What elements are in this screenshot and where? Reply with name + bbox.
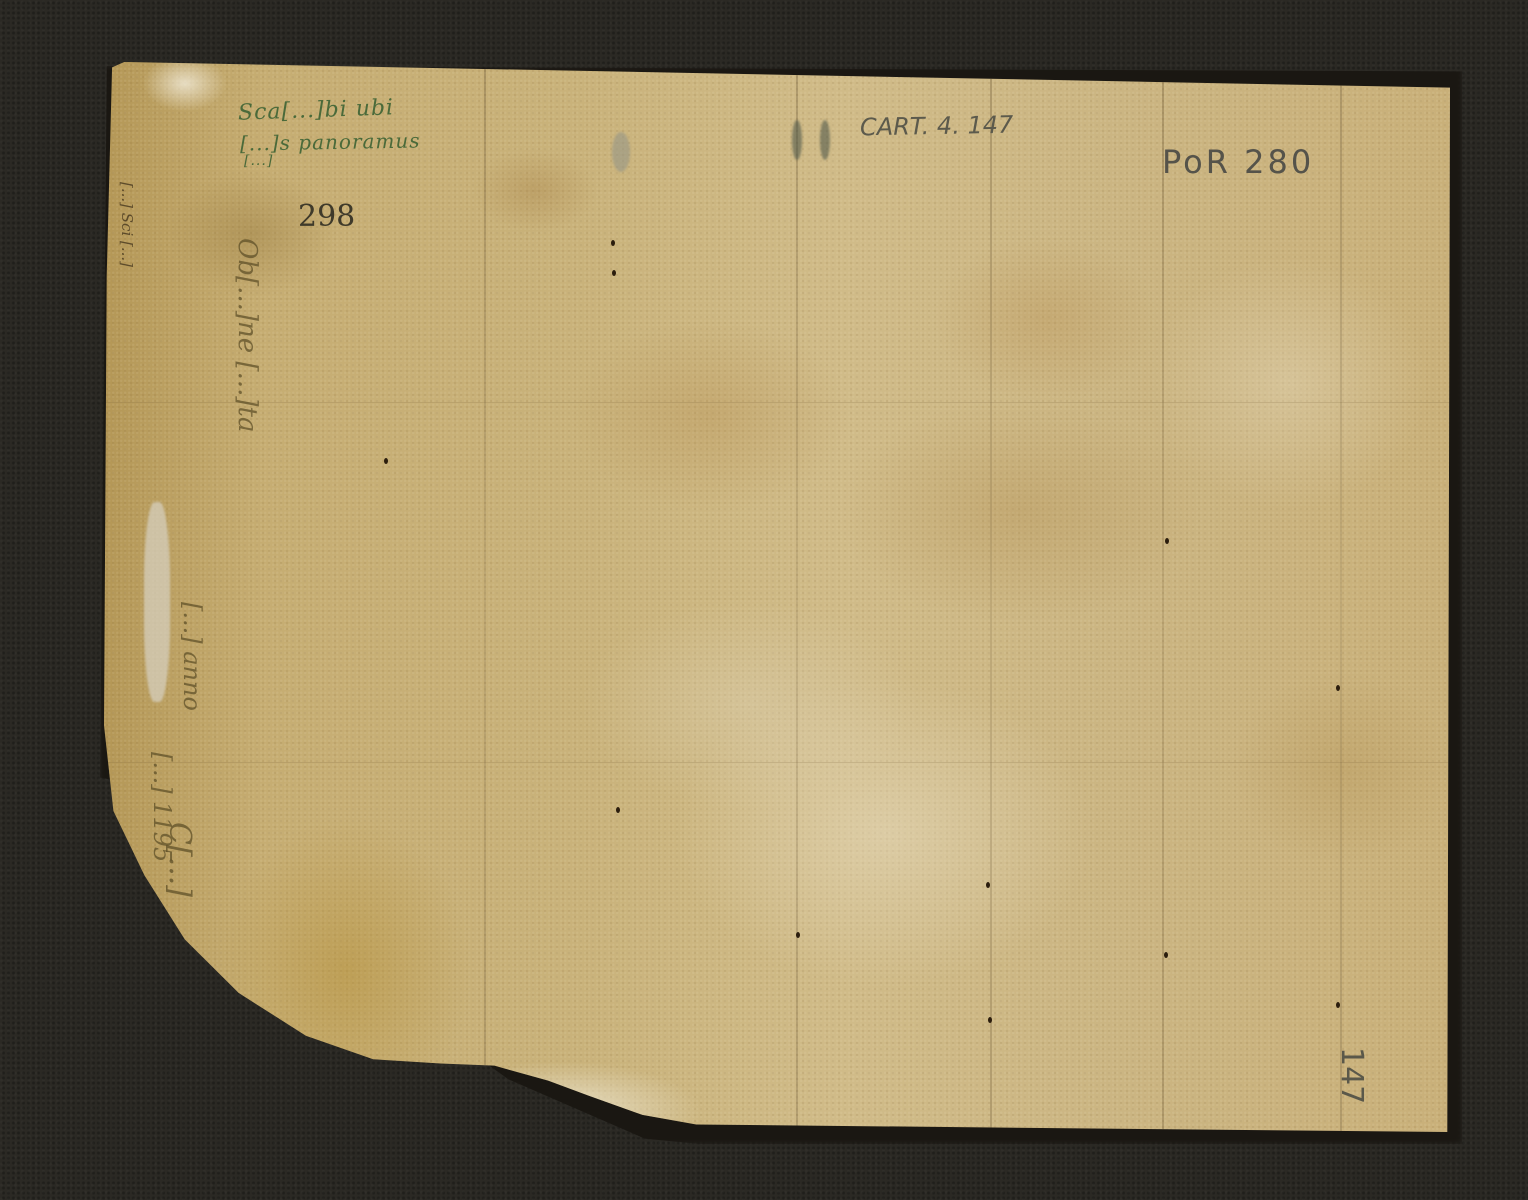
- repair-patch: [144, 502, 170, 702]
- pinhole: [986, 882, 990, 888]
- ink-smudge: [820, 120, 830, 160]
- pinhole: [1336, 685, 1340, 691]
- pinhole: [1165, 538, 1169, 544]
- folio-number: 147: [1336, 1047, 1366, 1104]
- shelfmark: PoR 280: [1162, 146, 1314, 178]
- pinhole: [1336, 1002, 1340, 1008]
- fold-line: [796, 62, 798, 1132]
- vertical-note-line4: C[...]: [164, 822, 194, 897]
- vertical-note-line1: Ob[...]ne [...]ta: [234, 238, 260, 432]
- vertical-note-line3: [...] anno: [180, 602, 204, 711]
- annotation-top-left-line1: Sca[...]bi ubi: [238, 97, 395, 124]
- ink-smudge: [792, 120, 802, 160]
- fold-line: [990, 62, 992, 1132]
- pinhole: [616, 807, 620, 813]
- pinhole: [988, 1017, 992, 1023]
- pinhole: [611, 240, 615, 246]
- repair-patch: [612, 132, 630, 172]
- vertical-note-outer: [...] Sci [...]: [119, 182, 134, 267]
- pinhole: [384, 458, 388, 464]
- parchment-document: Sca[...]bi ubi [...]s panoramus [...] 29…: [104, 62, 1450, 1132]
- pinhole: [612, 270, 616, 276]
- pinhole: [1164, 952, 1168, 958]
- annotation-top-left-line3: [...]: [244, 154, 273, 168]
- fold-line: [1162, 62, 1164, 1132]
- archive-reference: CART. 4. 147: [860, 113, 1014, 140]
- pinhole: [796, 932, 800, 938]
- fold-line: [104, 402, 1450, 403]
- fold-line: [484, 62, 486, 1132]
- fold-line: [1340, 62, 1342, 1132]
- annotation-top-left-line2: [...]s panoramus: [240, 130, 421, 153]
- fold-line: [104, 762, 1450, 763]
- annotation-number-298: 298: [298, 202, 355, 232]
